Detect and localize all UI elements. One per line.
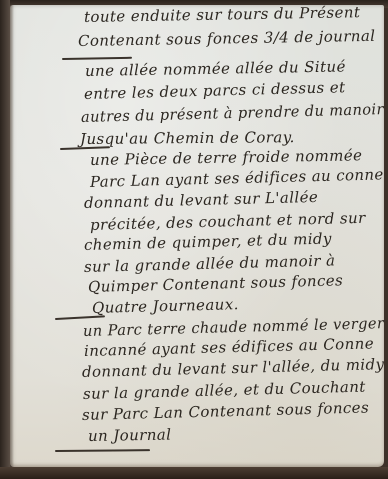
section-divider-rule xyxy=(60,146,110,149)
manuscript-text: toute enduite sur tours du Présent Conte… xyxy=(0,0,388,479)
text-line: toute enduite sur tours du Présent xyxy=(84,3,361,26)
text-line: donnant du levant sur L'allée xyxy=(84,188,319,212)
text-line: une Pièce de terre froide nommée xyxy=(90,146,363,169)
section-divider-rule xyxy=(62,57,132,60)
text-line: sur Parc Lan Contenant sous fonces xyxy=(82,398,370,424)
text-line: Parc Lan ayant ses édifices au conne xyxy=(90,165,384,191)
text-line: un Journal xyxy=(88,426,172,445)
text-line: autres du présent à prendre du manoir xyxy=(81,100,384,126)
text-line: donnant du levant sur l'allée, du midy xyxy=(82,355,385,381)
text-line: une allée nommée allée du Situé xyxy=(85,57,346,80)
text-line: Quimper Contenant sous fonces xyxy=(88,271,344,296)
text-line: entre les deux parcs ci dessus et xyxy=(84,78,346,103)
section-divider-rule xyxy=(55,315,105,319)
text-line: Quatre Journeaux. xyxy=(92,295,239,317)
text-line: Jusqu'au Chemin de Coray. xyxy=(80,128,295,148)
text-line: Contenant sous fonces 3/4 de journal xyxy=(78,27,376,50)
section-divider-rule xyxy=(55,449,150,451)
